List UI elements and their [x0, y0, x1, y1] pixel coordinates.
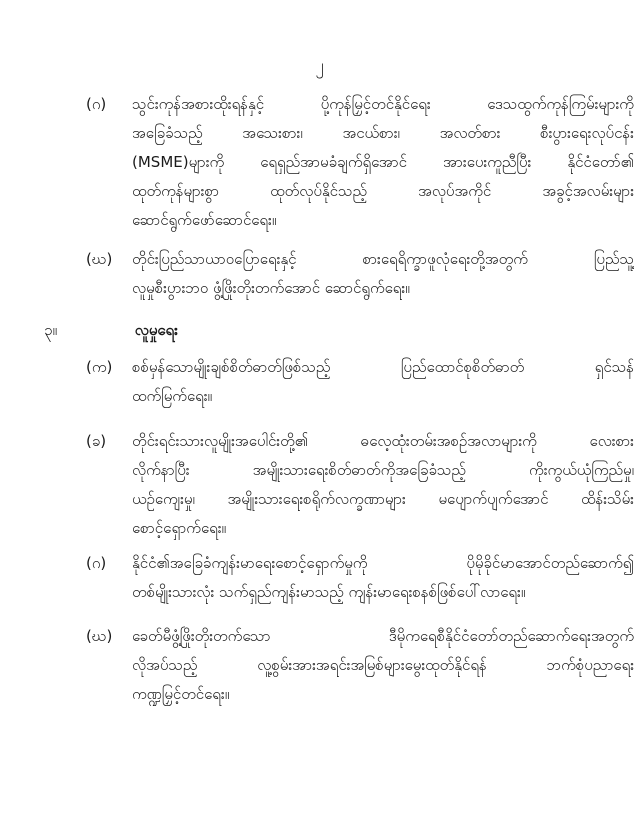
text-line: လူမှုစီးပွားဘဝ ဖွံ့ဖြိုးတိုးတက်အောင် ဆော… [132, 274, 634, 303]
text-line: တိုင်းရင်းသားလူမျိုးအပေါင်းတို့၏ ဓလေ့ထုံ… [132, 427, 634, 456]
text-line: စောင့်ရှောက်ရေး။ [132, 514, 634, 543]
text-line: ခေတ်မီဖွံ့ဖြိုးတိုးတက်သော ဒီမိုကရေစီနိုင… [132, 622, 634, 651]
text-line: တိုင်းပြည်သာယာဝပြောရေးနှင့် စားရေရိက္ခာဖ… [132, 245, 634, 274]
item-marker: (ဂ) [86, 90, 106, 119]
list-item-kha-social: (ခ) တိုင်းရင်းသားလူမျိုးအပေါင်းတို့၏ ဓလေ… [86, 427, 634, 543]
section-number: ၃။ [44, 318, 130, 342]
item-text: ခေတ်မီဖွံ့ဖြိုးတိုးတက်သော ဒီမိုကရေစီနိုင… [132, 622, 634, 709]
text-line: ထုတ်ကုန်များစွာ ထုတ်လုပ်နိုင်သည့် အလုပ်အ… [132, 177, 634, 206]
item-marker: (ခ) [86, 427, 106, 456]
text-line: လိုအပ်သည့် လူ့စွမ်းအားအရင်းအမြစ်များမွေး… [132, 651, 634, 680]
section-title: လူမှုရေး [135, 321, 178, 339]
item-marker: (ဂ) [86, 549, 106, 578]
text-line: စစ်မှန်သောမျိုးချစ်စိတ်ဓာတ်ဖြစ်သည့် ပြည်… [132, 353, 634, 382]
text-line: နိုင်ငံ၏အခြေခံကျန်းမာရေးစောင့်ရှောက်မှုက… [132, 549, 634, 578]
text-line: ထက်မြက်ရေး။ [132, 382, 634, 411]
text-line: ကဏ္ဍမြှင့်တင်ရေး။ [132, 680, 634, 709]
item-text: တိုင်းပြည်သာယာဝပြောရေးနှင့် စားရေရိက္ခာဖ… [132, 245, 634, 303]
item-text: တိုင်းရင်းသားလူမျိုးအပေါင်းတို့၏ ဓလေ့ထုံ… [132, 427, 634, 543]
text-line: သွင်းကုန်အစားထိုးရန်နှင့် ပို့ကုန်မြှင့်… [132, 90, 634, 119]
document-page: ၂ (ဂ) သွင်းကုန်အစားထိုးရန်နှင့် ပို့ကုန်… [0, 0, 639, 826]
section-heading: ၃။ လူမှုရေး [44, 318, 178, 342]
item-text: စစ်မှန်သောမျိုးချစ်စိတ်ဓာတ်ဖြစ်သည့် ပြည်… [132, 353, 634, 411]
item-marker: (ဃ) [86, 245, 112, 274]
list-item-gha-economic: (ဃ) တိုင်းပြည်သာယာဝပြောရေးနှင့် စားရေရိက… [86, 245, 634, 303]
item-marker: (ဃ) [86, 622, 112, 651]
list-item-gha-social: (ဃ) ခေတ်မီဖွံ့ဖြိုးတိုးတက်သော ဒီမိုကရေစီ… [86, 622, 634, 709]
text-line: လိုက်နာပြီး အမျိုးသားရေးစိတ်ဓာတ်ကိုအခြေခ… [132, 456, 634, 485]
text-line: ဆောင်ရွက်ဖော်ဆောင်ရေး။ [132, 206, 634, 235]
text-line: တစ်မျိုးသားလုံး သက်ရှည်ကျန်းမာသည့် ကျန်း… [132, 578, 634, 607]
item-marker: (က) [86, 353, 112, 382]
item-text: နိုင်ငံ၏အခြေခံကျန်းမာရေးစောင့်ရှောက်မှုက… [132, 549, 634, 607]
list-item-ka-social: (က) စစ်မှန်သောမျိုးချစ်စိတ်ဓာတ်ဖြစ်သည့် … [86, 353, 634, 411]
list-item-ga-economic: (ဂ) သွင်းကုန်အစားထိုးရန်နှင့် ပို့ကုန်မြ… [86, 90, 634, 235]
list-item-ga-social: (ဂ) နိုင်ငံ၏အခြေခံကျန်းမာရေးစောင့်ရှောက်… [86, 549, 634, 607]
text-line: ယဉ်ကျေးမှု၊ အမျိုးသားရေးစရိုက်လက္ခဏာများ… [132, 485, 634, 514]
text-line: အခြေခံသည့် အသေးစား၊ အငယ်စား၊ အလတ်စား စီး… [132, 119, 634, 148]
item-text: သွင်းကုန်အစားထိုးရန်နှင့် ပို့ကုန်မြှင့်… [132, 90, 634, 235]
text-line: (MSME)များကို ရေရှည်အာမခံချက်ရှိအောင် အာ… [132, 148, 634, 177]
page-number: ၂ [0, 56, 639, 76]
